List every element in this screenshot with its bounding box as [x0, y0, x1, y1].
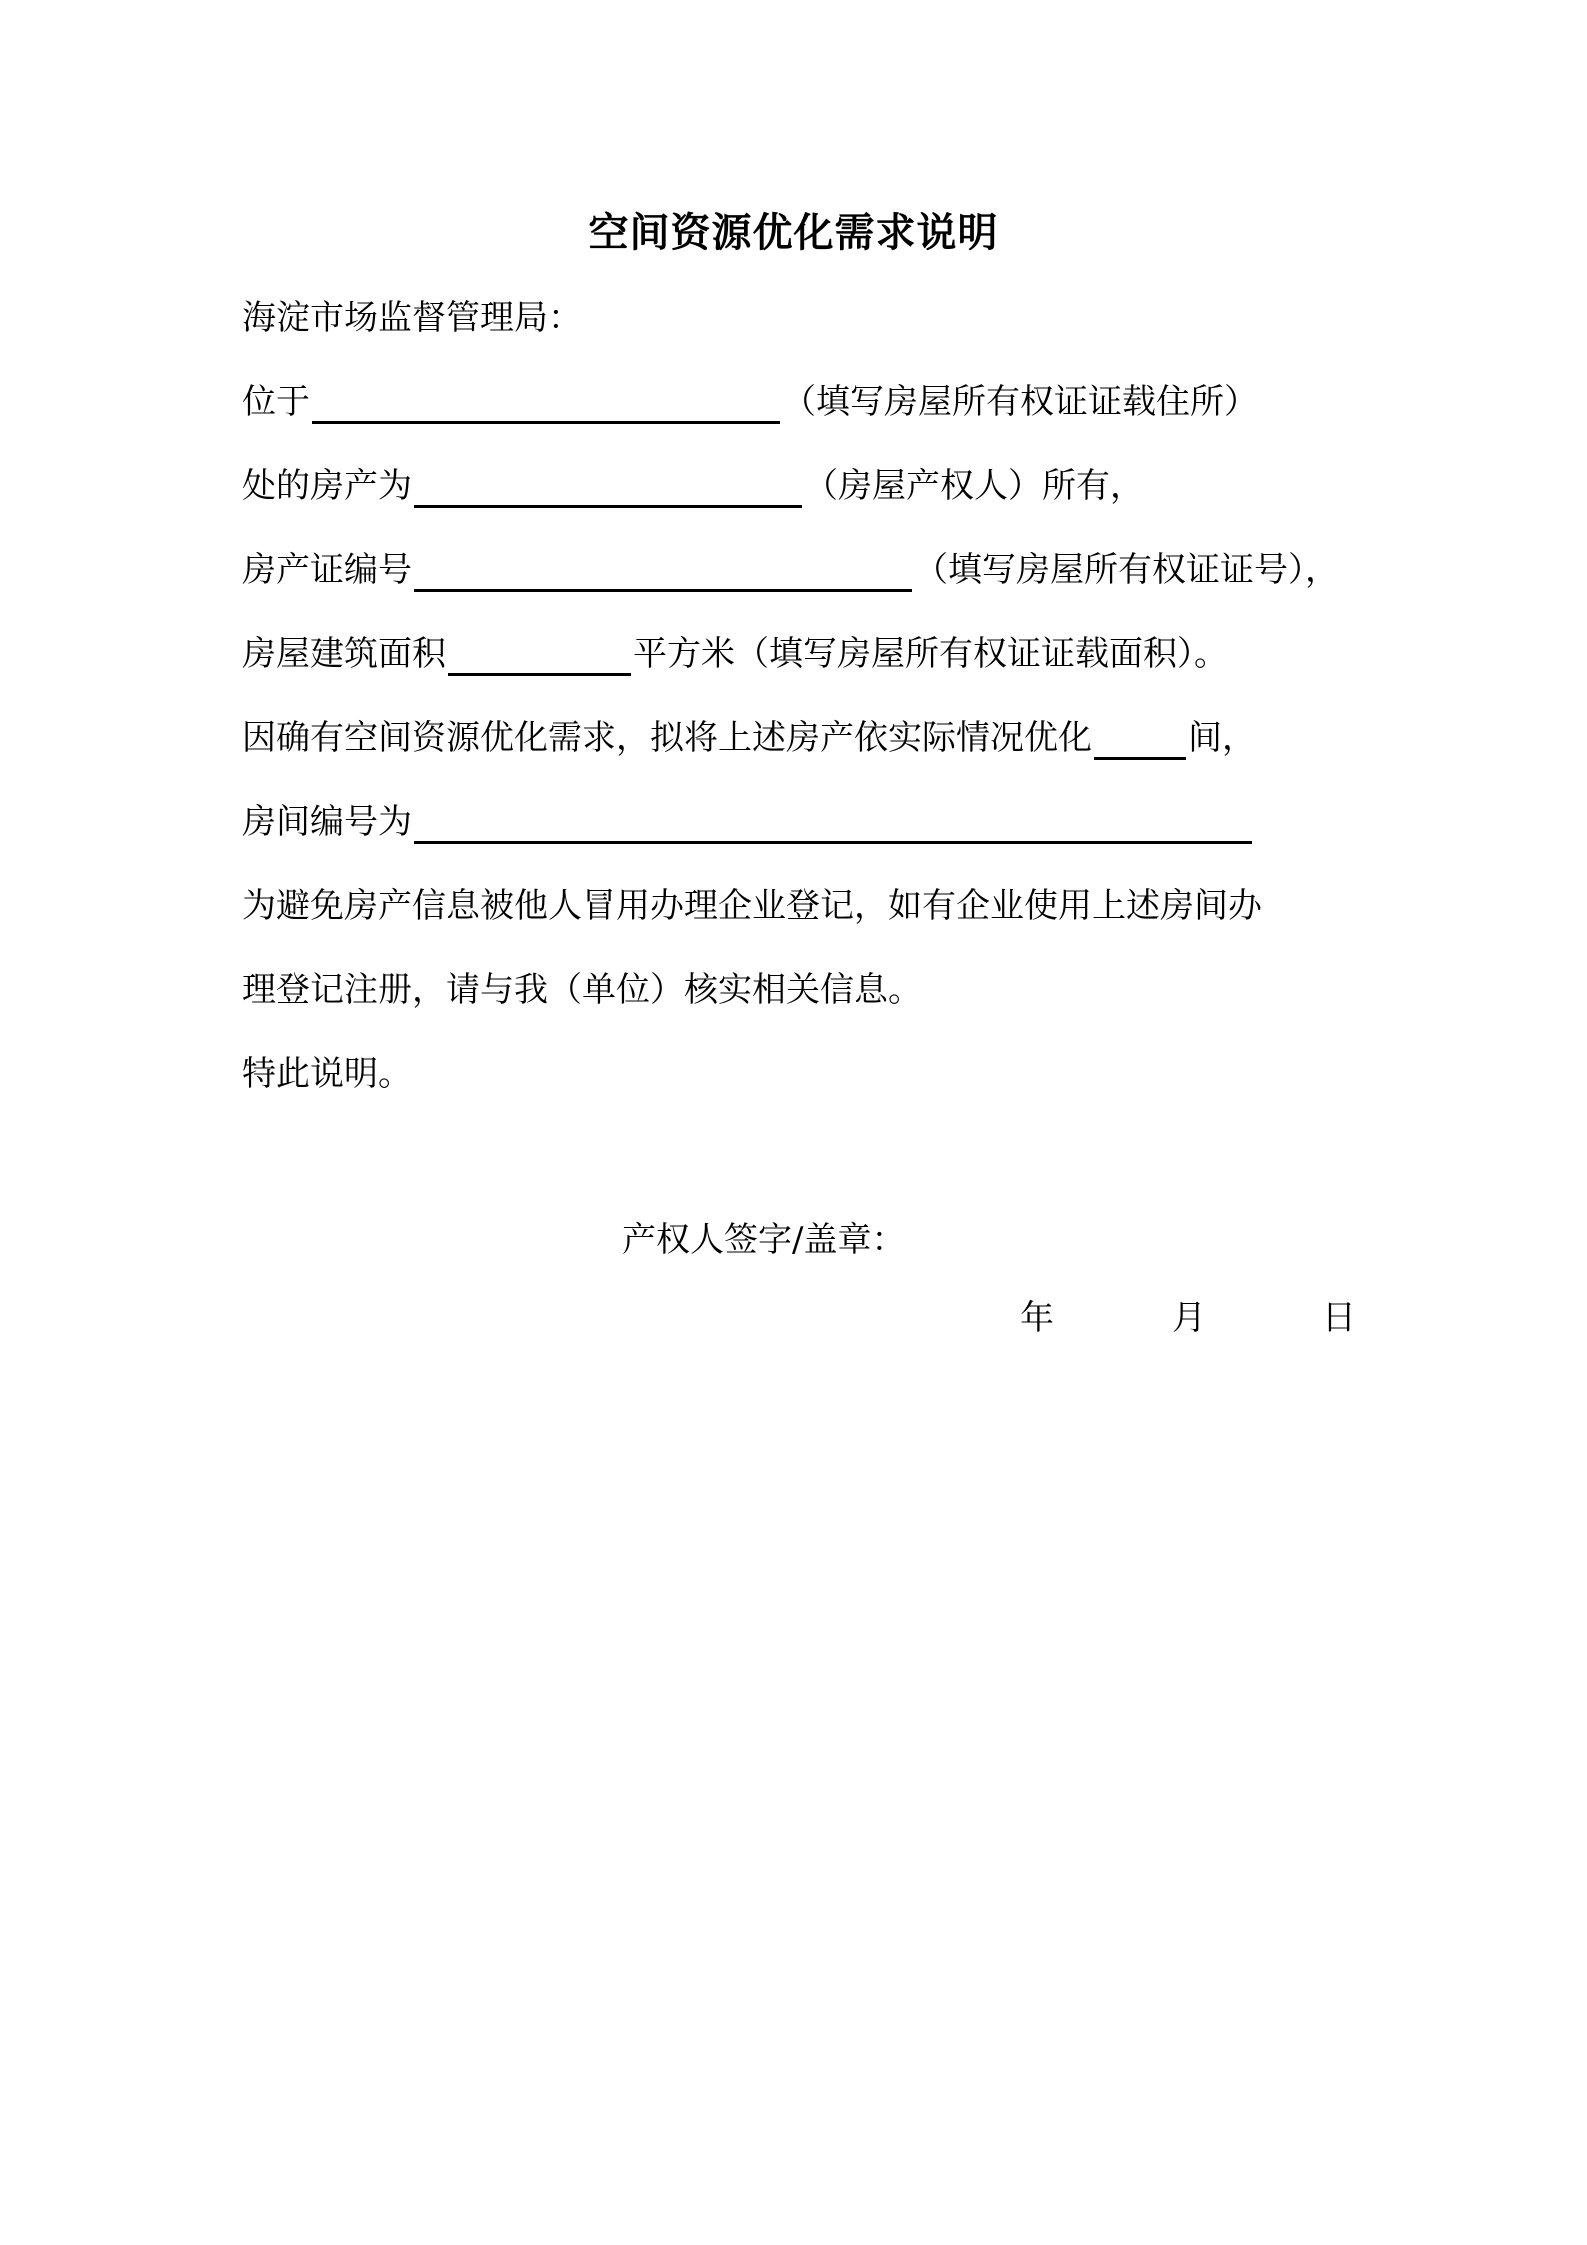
paragraph-line-1: 为避免房产信息被他人冒用办理企业登记，如有企业使用上述房间办: [242, 884, 1262, 928]
area-line: 房屋建筑面积 平方米（填写房屋所有权证证载面积）。: [242, 632, 1228, 676]
certificate-label: 房产证编号: [242, 548, 412, 592]
address-line: 位于 （填写房屋所有权证证载住所）: [242, 380, 1258, 424]
room-numbers-label: 房间编号为: [242, 800, 412, 844]
date-month: 月: [1172, 1296, 1206, 1340]
address-blank-field[interactable]: [312, 385, 780, 424]
certificate-line: 房产证编号 （填写房屋所有权证证号），: [242, 548, 1339, 592]
certificate-hint: （填写房屋所有权证证号），: [914, 548, 1339, 592]
certificate-blank-field[interactable]: [414, 553, 912, 592]
owner-hint: （房屋产权人）所有，: [804, 464, 1144, 508]
area-blank-field[interactable]: [448, 637, 631, 676]
owner-blank-field[interactable]: [414, 469, 802, 508]
rooms-count-blank-field[interactable]: [1094, 721, 1186, 760]
rooms-count-suffix: 间，: [1188, 716, 1256, 760]
owner-label: 处的房产为: [242, 464, 412, 508]
closing-text: 特此说明。: [242, 1052, 412, 1096]
address-hint: （填写房屋所有权证证载住所）: [782, 380, 1258, 424]
date-day: 日: [1322, 1296, 1356, 1340]
room-numbers-blank-field[interactable]: [414, 805, 1252, 844]
address-label: 位于: [242, 380, 310, 424]
rooms-count-label: 因确有空间资源优化需求，拟将上述房产依实际情况优化: [242, 716, 1092, 760]
owner-line: 处的房产为 （房屋产权人）所有，: [242, 464, 1144, 508]
date-year: 年: [1020, 1296, 1054, 1340]
area-label: 房屋建筑面积: [242, 632, 446, 676]
paragraph-line-2: 理登记注册，请与我（单位）核实相关信息。: [242, 968, 922, 1012]
document-title: 空间资源优化需求说明: [0, 208, 1587, 258]
addressee: 海淀市场监督管理局：: [242, 296, 582, 340]
rooms-count-line: 因确有空间资源优化需求，拟将上述房产依实际情况优化 间，: [242, 716, 1256, 760]
room-numbers-line: 房间编号为: [242, 800, 1254, 844]
area-hint: 平方米（填写房屋所有权证证载面积）。: [633, 632, 1228, 676]
signature-label: 产权人签字/盖章：: [622, 1218, 905, 1262]
